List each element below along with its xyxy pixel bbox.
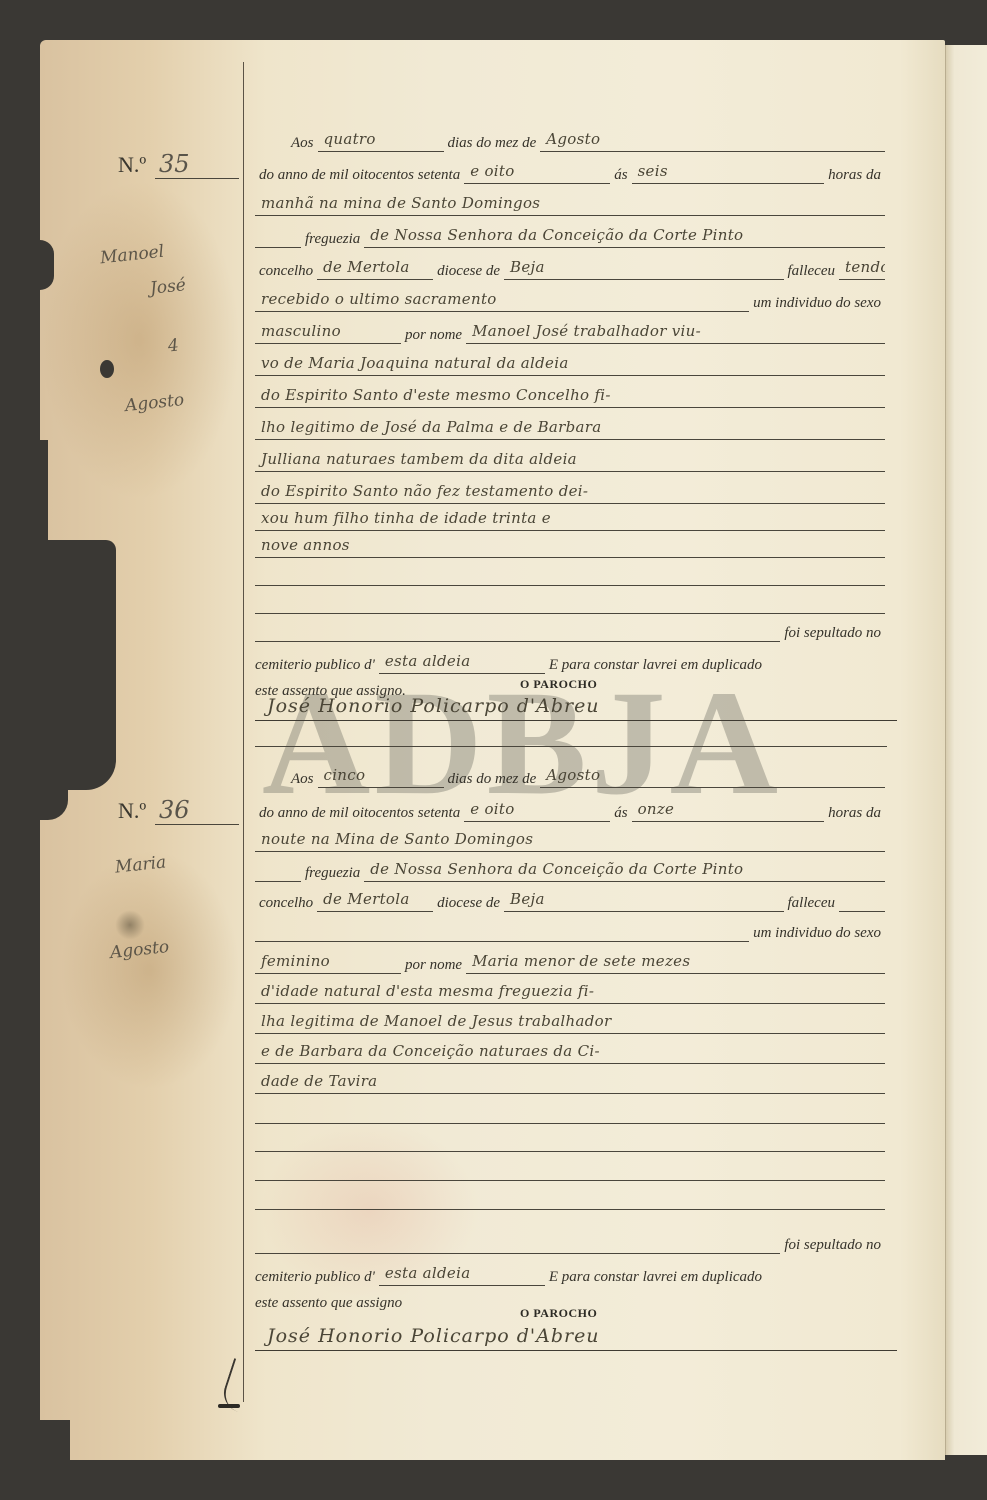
- entry-number-label: N.º: [118, 152, 146, 178]
- body-line: vo de Maria Joaquina natural da aldeia: [255, 350, 885, 376]
- body-line: [255, 1126, 885, 1152]
- cemetery-row: cemiterio publico d' esta aldeia E para …: [255, 1260, 885, 1286]
- tear-hole: [100, 360, 114, 378]
- entry-number: 36: [155, 796, 239, 825]
- sex-field: masculino: [255, 319, 401, 344]
- sex-field: feminino: [255, 949, 401, 974]
- torn-edge: [40, 240, 54, 290]
- year-field: e oito: [464, 159, 610, 184]
- entry-number: 35: [155, 150, 239, 179]
- body-line: do Espirito Santo d'este mesmo Concelho …: [255, 382, 885, 408]
- margin-note-name: José: [149, 275, 187, 299]
- year-field: e oito: [464, 797, 610, 822]
- name-field: Maria menor de sete mezes: [466, 949, 885, 974]
- name-field: Manoel José trabalhador viu-: [466, 319, 885, 344]
- place-field: manhã na mina de Santo Domingos: [255, 191, 885, 216]
- month-field: Agosto: [540, 763, 885, 788]
- buried-row: foi sepultado no: [255, 1228, 885, 1254]
- signature: José Honorio Policarpo d'Abreu: [255, 1322, 897, 1351]
- body-line: [255, 1184, 885, 1210]
- diocese-field: Beja: [504, 887, 783, 912]
- hour-field: onze: [632, 797, 825, 822]
- year-row: do anno de mil oitocentos setenta e oito…: [255, 158, 885, 184]
- place-field: noute na Mina de Santo Domingos: [255, 827, 885, 852]
- day-field: quatro: [318, 127, 444, 152]
- parish-field: de Nossa Senhora da Conceição da Corte P…: [364, 857, 885, 882]
- body-line: xou hum filho tinha de idade trinta e: [255, 505, 885, 531]
- council-row: concelho de Mertola diocese de Beja fall…: [255, 886, 885, 912]
- place-row: manhã na mina de Santo Domingos: [255, 190, 885, 216]
- sacrament-field: [255, 917, 749, 942]
- parish-field: de Nossa Senhora da Conceição da Corte P…: [364, 223, 885, 248]
- body-line: [255, 1098, 885, 1124]
- ink-mark: [218, 1404, 240, 1408]
- parish-row: freguezia de Nossa Senhora da Conceição …: [255, 222, 885, 248]
- body-line: lha legitima de Manoel de Jesus trabalha…: [255, 1008, 885, 1034]
- entry-number-label: N.º: [118, 798, 146, 824]
- body-line: lho legitimo de José da Palma e de Barba…: [255, 414, 885, 440]
- torn-edge: [40, 540, 116, 790]
- cemetery-row: cemiterio publico d' esta aldeia E para …: [255, 648, 885, 674]
- margin-note-day: 4: [167, 335, 180, 356]
- body-line: dade de Tavira: [255, 1068, 885, 1094]
- place-row: noute na Mina de Santo Domingos: [255, 826, 885, 852]
- diocese-field: Beja: [504, 255, 783, 280]
- council-row: concelho de Mertola diocese de Beja fall…: [255, 254, 885, 280]
- day-field: cinco: [318, 763, 444, 788]
- scanner-bottom: [40, 1460, 987, 1500]
- cemetery-field: esta aldeia: [379, 1261, 545, 1286]
- council-field: de Mertola: [317, 255, 433, 280]
- signature: José Honorio Policarpo d'Abreu: [255, 692, 897, 721]
- body-line: d'idade natural d'esta mesma freguezia f…: [255, 978, 885, 1004]
- name-row: feminino por nome Maria menor de sete me…: [255, 948, 885, 974]
- parish-row: freguezia de Nossa Senhora da Conceição …: [255, 856, 885, 882]
- body-line: e de Barbara da Conceição naturaes da Ci…: [255, 1038, 885, 1064]
- signer-title: O PAROCHO: [520, 1306, 597, 1321]
- body-line: Julliana naturaes tambem da dita aldeia: [255, 446, 885, 472]
- signer-title: O PAROCHO: [520, 677, 597, 692]
- sacrament-row: um individuo do sexo: [255, 916, 885, 942]
- council-field: de Mertola: [317, 887, 433, 912]
- body-line: [255, 1155, 885, 1181]
- date-row: Aos quatro dias do mez de Agosto: [255, 126, 885, 152]
- hour-field: seis: [632, 159, 825, 184]
- sacrament-row: recebido o ultimo sacramento um individu…: [255, 286, 885, 312]
- body-line: [255, 560, 885, 586]
- torn-edge: [40, 440, 48, 550]
- cemetery-field: esta aldeia: [379, 649, 545, 674]
- body-line: [255, 588, 885, 614]
- facing-page-edge: [945, 45, 987, 1455]
- body-line: do Espirito Santo não fez testamento dei…: [255, 478, 885, 504]
- year-row: do anno de mil oitocentos setenta e oito…: [255, 796, 885, 822]
- date-row: Aos cinco dias do mez de Agosto: [255, 762, 885, 788]
- sacrament-field: recebido o ultimo sacramento: [255, 287, 749, 312]
- name-row: masculino por nome Manoel José trabalhad…: [255, 318, 885, 344]
- margin-rule: [243, 62, 244, 1402]
- body-line: nove annos: [255, 532, 885, 558]
- month-field: Agosto: [540, 127, 885, 152]
- torn-edge: [40, 1420, 70, 1460]
